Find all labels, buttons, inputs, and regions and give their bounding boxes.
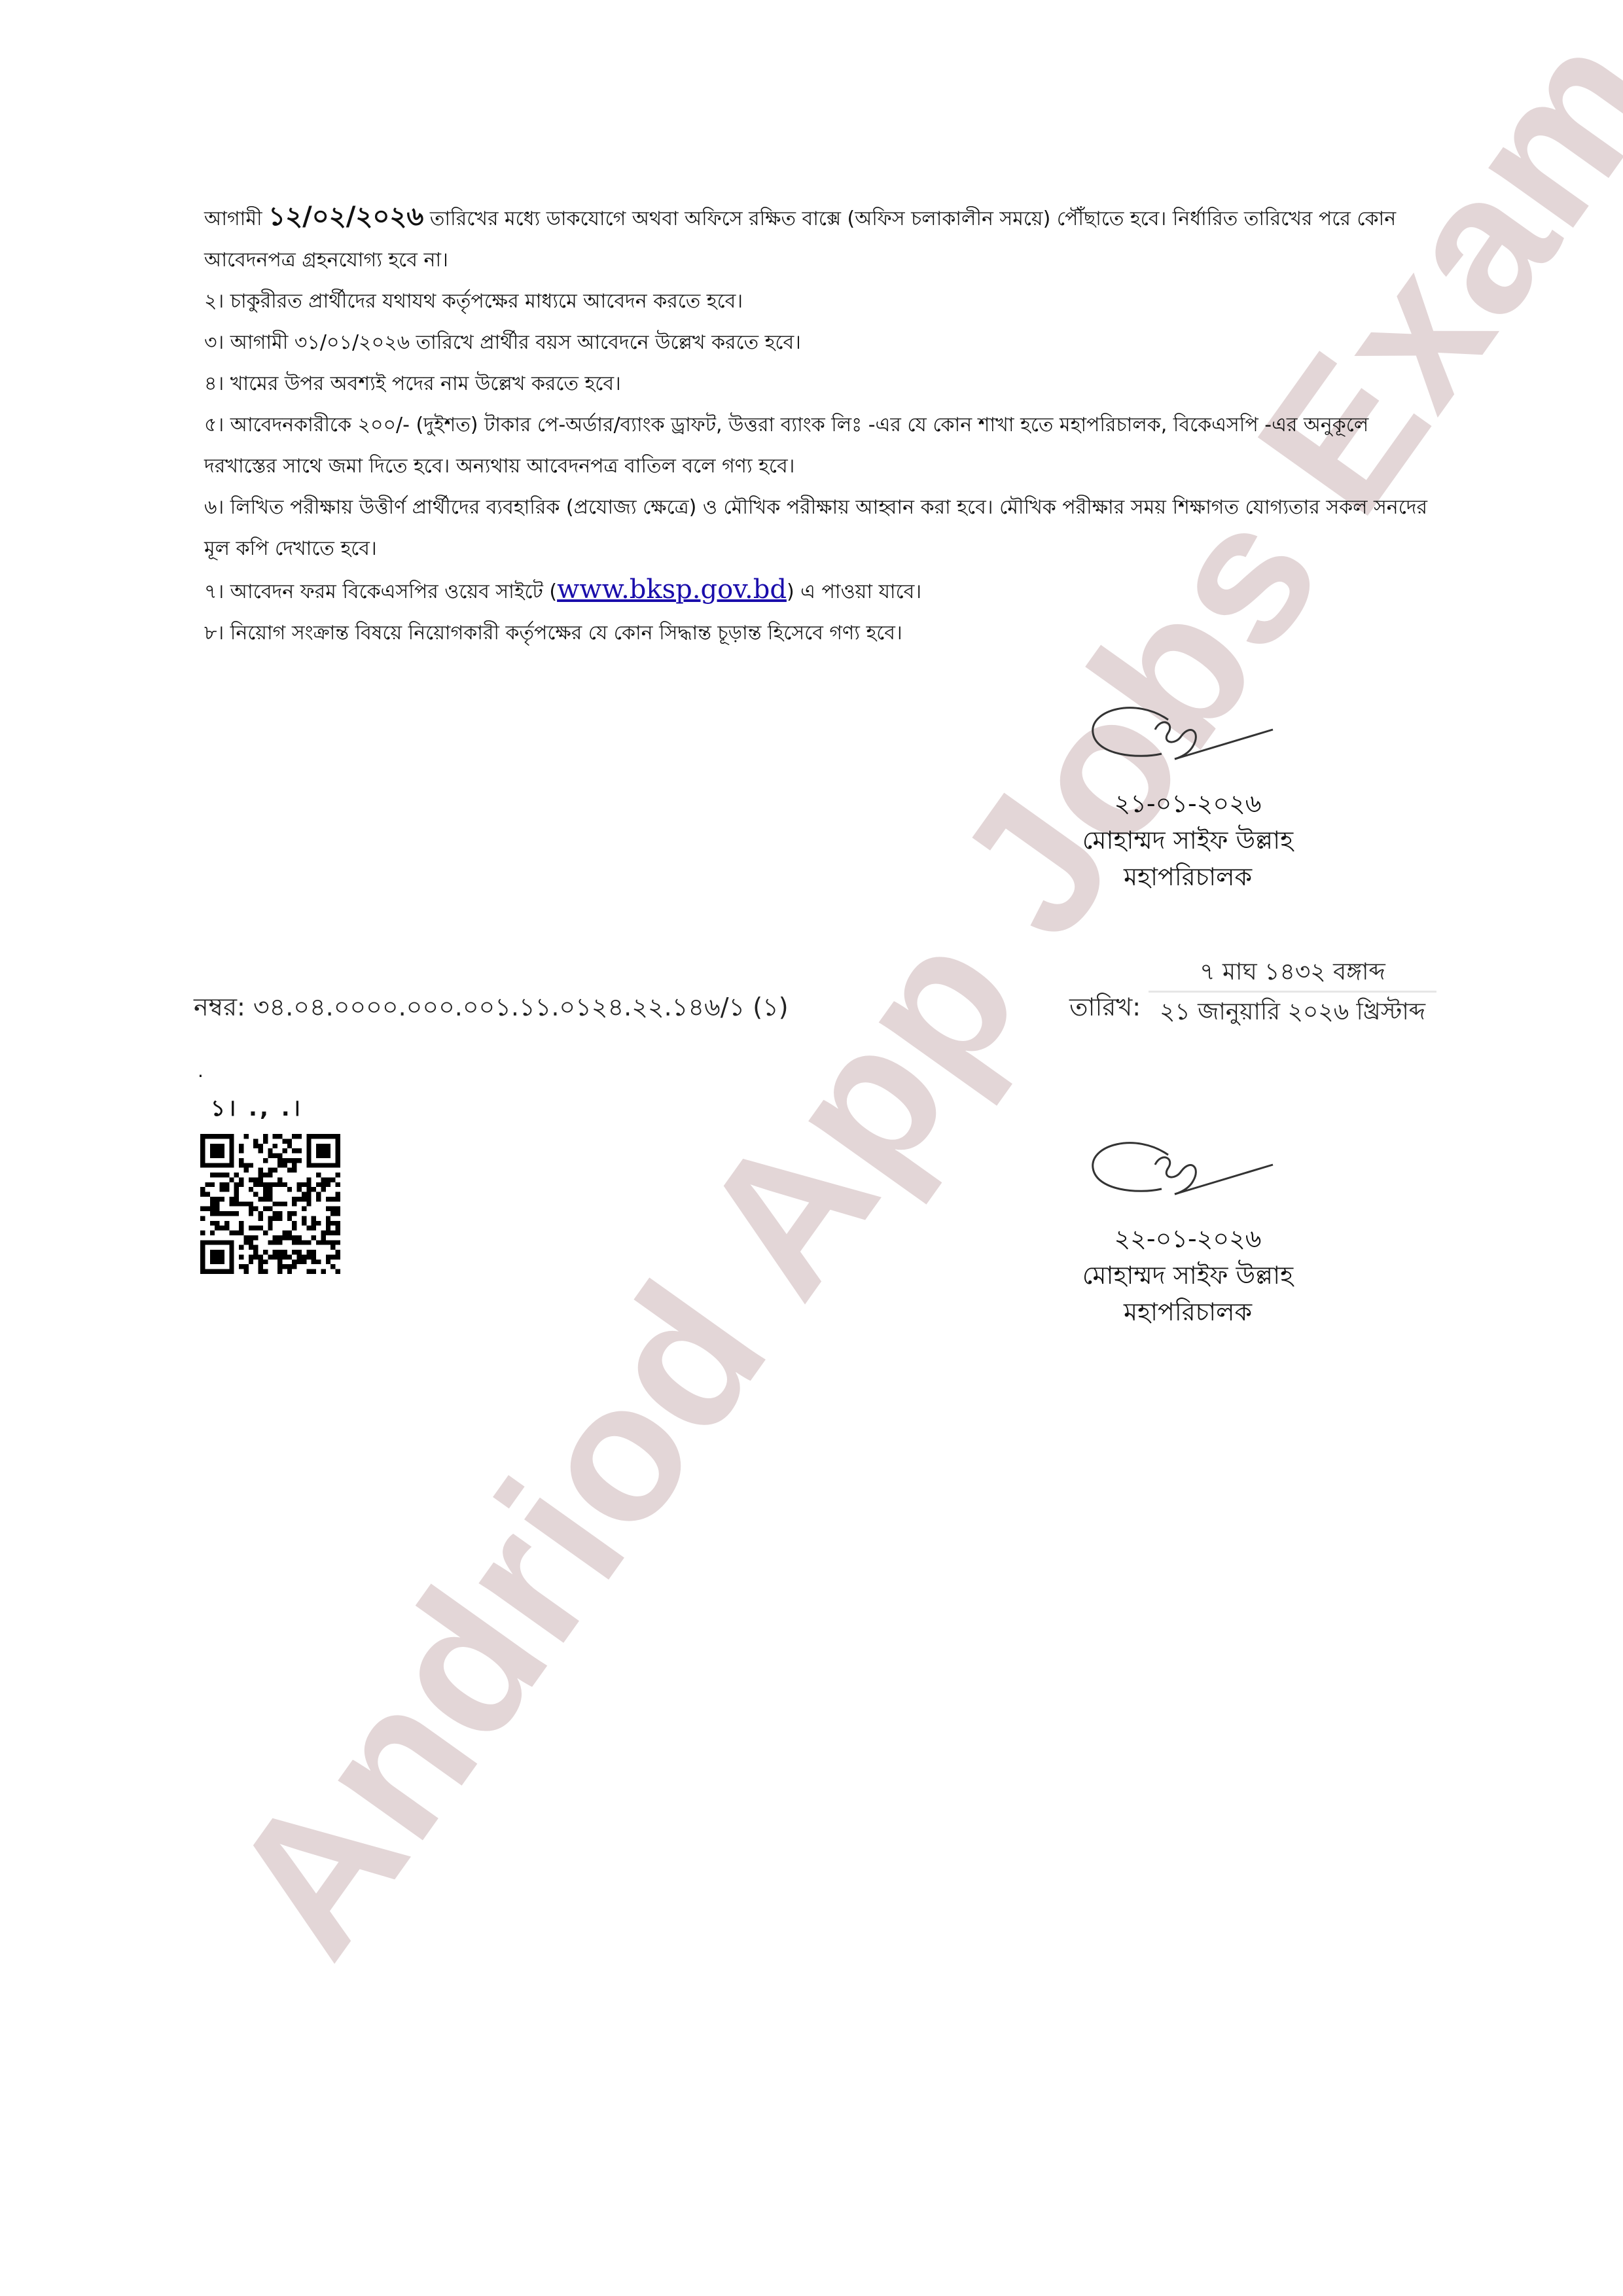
signatory-name: মোহাম্মদ সাইফ উল্লাহ bbox=[1018, 1257, 1358, 1294]
instruction-item: ২। চাকুরীরত প্রার্থীদের যথাযথ কর্তৃপক্ষে… bbox=[204, 281, 1435, 322]
instruction-item: ৩। আগামী ৩১/০১/২০২৬ তারিখে প্রার্থীর বয়… bbox=[204, 322, 1435, 363]
instruction-item: ৪। খামের উপর অবশ্যই পদের নাম উল্লেখ করতে… bbox=[204, 363, 1435, 404]
memo-date: ৭ মাঘ ১৪৩২ বঙ্গাব্দ ২১ জানুয়ারি ২০২৬ খ্… bbox=[1149, 955, 1436, 1029]
instruction-item: ৫। আবেদনকারীকে ২০০/- (দুইশত) টাকার পে-অর… bbox=[204, 404, 1435, 487]
bksp-website-link[interactable]: www.bksp.gov.bd bbox=[557, 574, 787, 605]
distribution-dot: . bbox=[198, 1060, 204, 1082]
item7-suffix: ) এ পাওয়া যাবে। bbox=[787, 580, 921, 603]
signature-block-2: ২২-০১-২০২৬ মোহাম্মদ সাইফ উল্লাহ মহাপরিচা… bbox=[1018, 1116, 1358, 1330]
signatory-title: মহাপরিচালক bbox=[1018, 858, 1358, 895]
instruction-item: ৬। লিখিত পরীক্ষায় উত্তীর্ণ প্রার্থীদের … bbox=[204, 487, 1435, 569]
instruction-intro: আগামী ১২/০২/২০২৬ তারিখের মধ্যে ডাকযোগে অ… bbox=[204, 196, 1435, 281]
signature-image bbox=[1018, 1116, 1358, 1220]
memo-number: নম্বর: ৩৪.০৪.০০০০.০০০.০০১.১১.০১২৪.২২.১৪৬… bbox=[194, 988, 789, 1030]
deadline-date: ১২/০২/২০২৬ bbox=[268, 202, 423, 232]
signature-date: ২২-০১-২০২৬ bbox=[1018, 1220, 1358, 1257]
distribution-caption: ১। ., .। bbox=[211, 1091, 303, 1129]
document-page: আগামী ১২/০২/২০২৬ তারিখের মধ্যে ডাকযোগে অ… bbox=[0, 0, 1623, 2296]
date-divider bbox=[1149, 991, 1436, 993]
signature-image bbox=[1018, 680, 1358, 785]
intro-prefix: আগামী bbox=[204, 207, 268, 230]
instruction-item-website: ৭। আবেদন ফরম বিকেএসপির ওয়েব সাইটে (www.… bbox=[204, 569, 1435, 612]
date-label: তারিখ: bbox=[1069, 988, 1141, 1030]
signatory-title: মহাপরিচালক bbox=[1018, 1294, 1358, 1330]
signature-icon bbox=[1077, 694, 1286, 772]
date-gregorian: ২১ জানুয়ারি ২০২৬ খ্রিস্টাব্দ bbox=[1149, 995, 1436, 1029]
date-bangla: ৭ মাঘ ১৪৩২ বঙ্গাব্দ bbox=[1149, 955, 1436, 989]
item7-prefix: ৭। আবেদন ফরম বিকেএসপির ওয়েব সাইটে ( bbox=[204, 580, 557, 603]
signatory-name: মোহাম্মদ সাইফ উল্লাহ bbox=[1018, 822, 1358, 858]
signature-icon bbox=[1077, 1129, 1286, 1207]
instruction-item: ৮। নিয়োগ সংক্রান্ত বিষয়ে নিয়োগকারী কর… bbox=[204, 612, 1435, 654]
qr-code-icon[interactable] bbox=[200, 1134, 340, 1274]
signature-date: ২১-০১-২০২৬ bbox=[1018, 785, 1358, 822]
signature-block-1: ২১-০১-২০২৬ মোহাম্মদ সাইফ উল্লাহ মহাপরিচা… bbox=[1018, 680, 1358, 895]
instructions-section: আগামী ১২/০২/২০২৬ তারিখের মধ্যে ডাকযোগে অ… bbox=[204, 196, 1435, 654]
